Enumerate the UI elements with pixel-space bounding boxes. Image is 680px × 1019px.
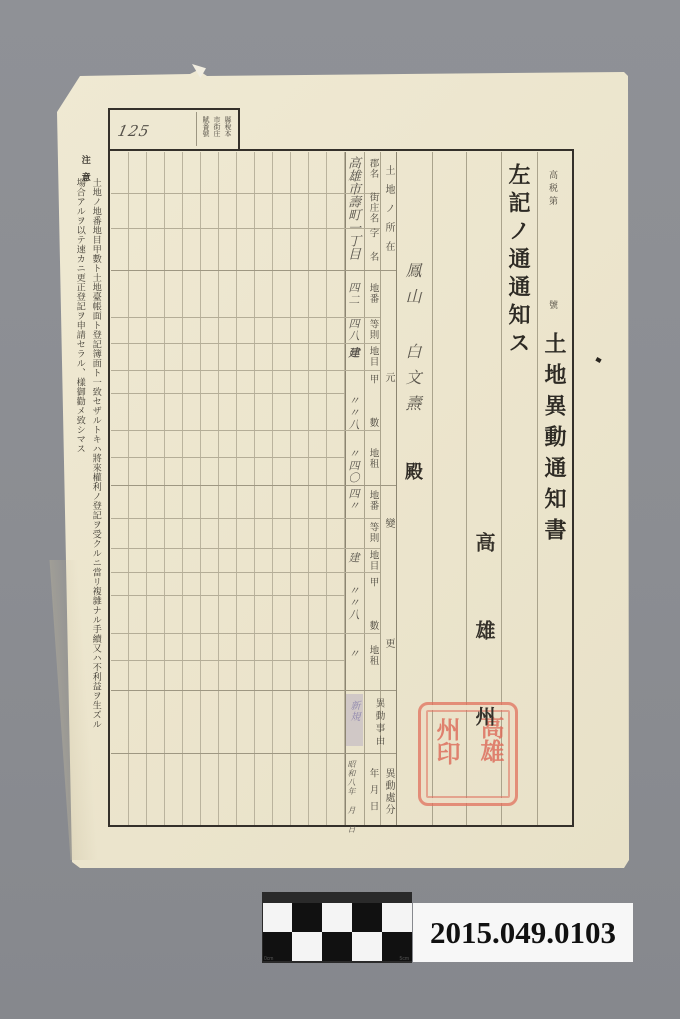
- recipient-honorific: 殿: [404, 462, 422, 480]
- scale-square: [263, 903, 293, 932]
- row-line: [111, 633, 380, 634]
- section-disposition: 異動處分: [383, 768, 393, 816]
- entry-new-tax: 〃: [348, 648, 359, 660]
- entry-grid: [111, 152, 345, 825]
- entry-orig-tax: 〃四〇: [348, 448, 359, 484]
- grid-divider: [364, 152, 365, 825]
- row-line: [111, 572, 380, 573]
- section-line: [111, 753, 396, 754]
- entry-orig-area: 〃〃八: [348, 395, 359, 431]
- label-district: 郡名: [367, 158, 377, 179]
- official-seal: 高雄 州印: [418, 702, 518, 806]
- scale-square: [292, 932, 322, 961]
- scale-end-label: 5cm: [400, 956, 409, 962]
- serial-box-label-1: 縣稅本: [224, 116, 231, 137]
- entry-orig-lot: 四二: [348, 282, 359, 306]
- label-orig-tax: 地租: [367, 448, 377, 469]
- row-line: [111, 370, 380, 371]
- row-line: [111, 430, 380, 431]
- color-scale-bar: 0cm 5cm: [262, 892, 412, 963]
- column-divider: [537, 152, 538, 825]
- tax-number-suffix: 號: [548, 300, 557, 309]
- serial-box-label-2: 市街庄: [213, 116, 220, 137]
- entry-reason: 新規: [348, 700, 358, 722]
- entry-location: 高雄市壽町一丁目: [346, 156, 359, 260]
- recipient-name: 鳳山 白文燾: [404, 262, 420, 421]
- entry-new-area: 〃〃八: [348, 585, 359, 621]
- grid-divider: [396, 152, 397, 825]
- document-title: 土地異動通知書: [543, 332, 565, 549]
- entry-orig-grade: 四八: [348, 318, 359, 342]
- serial-box-label-3: 賦番號: [202, 116, 209, 137]
- label-date: 年月日: [367, 768, 377, 818]
- issuer-char-3: 州: [473, 706, 493, 734]
- label-new-grade: 等則: [367, 522, 377, 543]
- notice-text: 左記ノ通通知ス: [507, 163, 529, 359]
- label-orig-grade: 等則: [367, 319, 377, 340]
- section-location: 土地ノ所在: [383, 165, 393, 260]
- scale-square: [352, 903, 382, 932]
- label-orig-category: 地目: [367, 346, 377, 367]
- issuer-char-2: 雄: [473, 620, 493, 648]
- section-changed: 變更: [383, 518, 393, 758]
- notes-line-1: 土地ノ地番地目甲數ト土地臺帳面ト登記簿面ト一致セザルトキハ將來權利ノ登記ヲ受クル…: [91, 178, 100, 868]
- entry-new-category: 建: [348, 552, 359, 564]
- scale-start-label: 0cm: [264, 956, 273, 962]
- row-line: [111, 660, 345, 661]
- row-line: [111, 548, 380, 549]
- row-line: [111, 595, 345, 596]
- label-section-name: 字名: [367, 228, 377, 275]
- entry-orig-category: 建: [348, 347, 359, 359]
- row-line: [111, 317, 380, 318]
- scale-square: [322, 932, 352, 961]
- label-new-category: 地目: [367, 550, 377, 571]
- seal-text-left: 州印: [433, 717, 457, 765]
- tax-number-prefix: 高税第: [548, 170, 557, 209]
- notes-line-2: 場合アルヲ以テ速カニ更正登記ヲ申請セラル、樣御勸メ致シマス: [75, 178, 84, 498]
- label-new-tax: 地租: [367, 645, 377, 666]
- scale-square: [322, 903, 352, 932]
- section-line: [111, 690, 396, 691]
- scale-square: [382, 903, 412, 932]
- label-orig-lot: 地番: [367, 283, 377, 304]
- section-line: [111, 270, 396, 271]
- scale-square: [352, 932, 382, 961]
- row-line: [111, 343, 380, 344]
- row-line: [111, 393, 345, 394]
- row-line: [111, 193, 380, 194]
- accession-number-label: 2015.049.0103: [413, 903, 633, 962]
- entry-new-lot: 四〃: [348, 488, 359, 512]
- row-line: [111, 457, 345, 458]
- label-town: 街庄名: [367, 192, 377, 224]
- scale-square: [292, 903, 322, 932]
- row-line: [111, 228, 380, 229]
- label-new-lot: 地番: [367, 490, 377, 511]
- section-original: 元: [383, 372, 393, 384]
- serial-number-handwritten: 125: [116, 122, 151, 140]
- label-reason: 異動事由: [373, 698, 383, 748]
- entry-date: 昭和八年 月 日: [347, 760, 355, 834]
- section-line: [111, 485, 396, 486]
- issuer-char-1: 高: [473, 532, 493, 560]
- row-line: [111, 518, 380, 519]
